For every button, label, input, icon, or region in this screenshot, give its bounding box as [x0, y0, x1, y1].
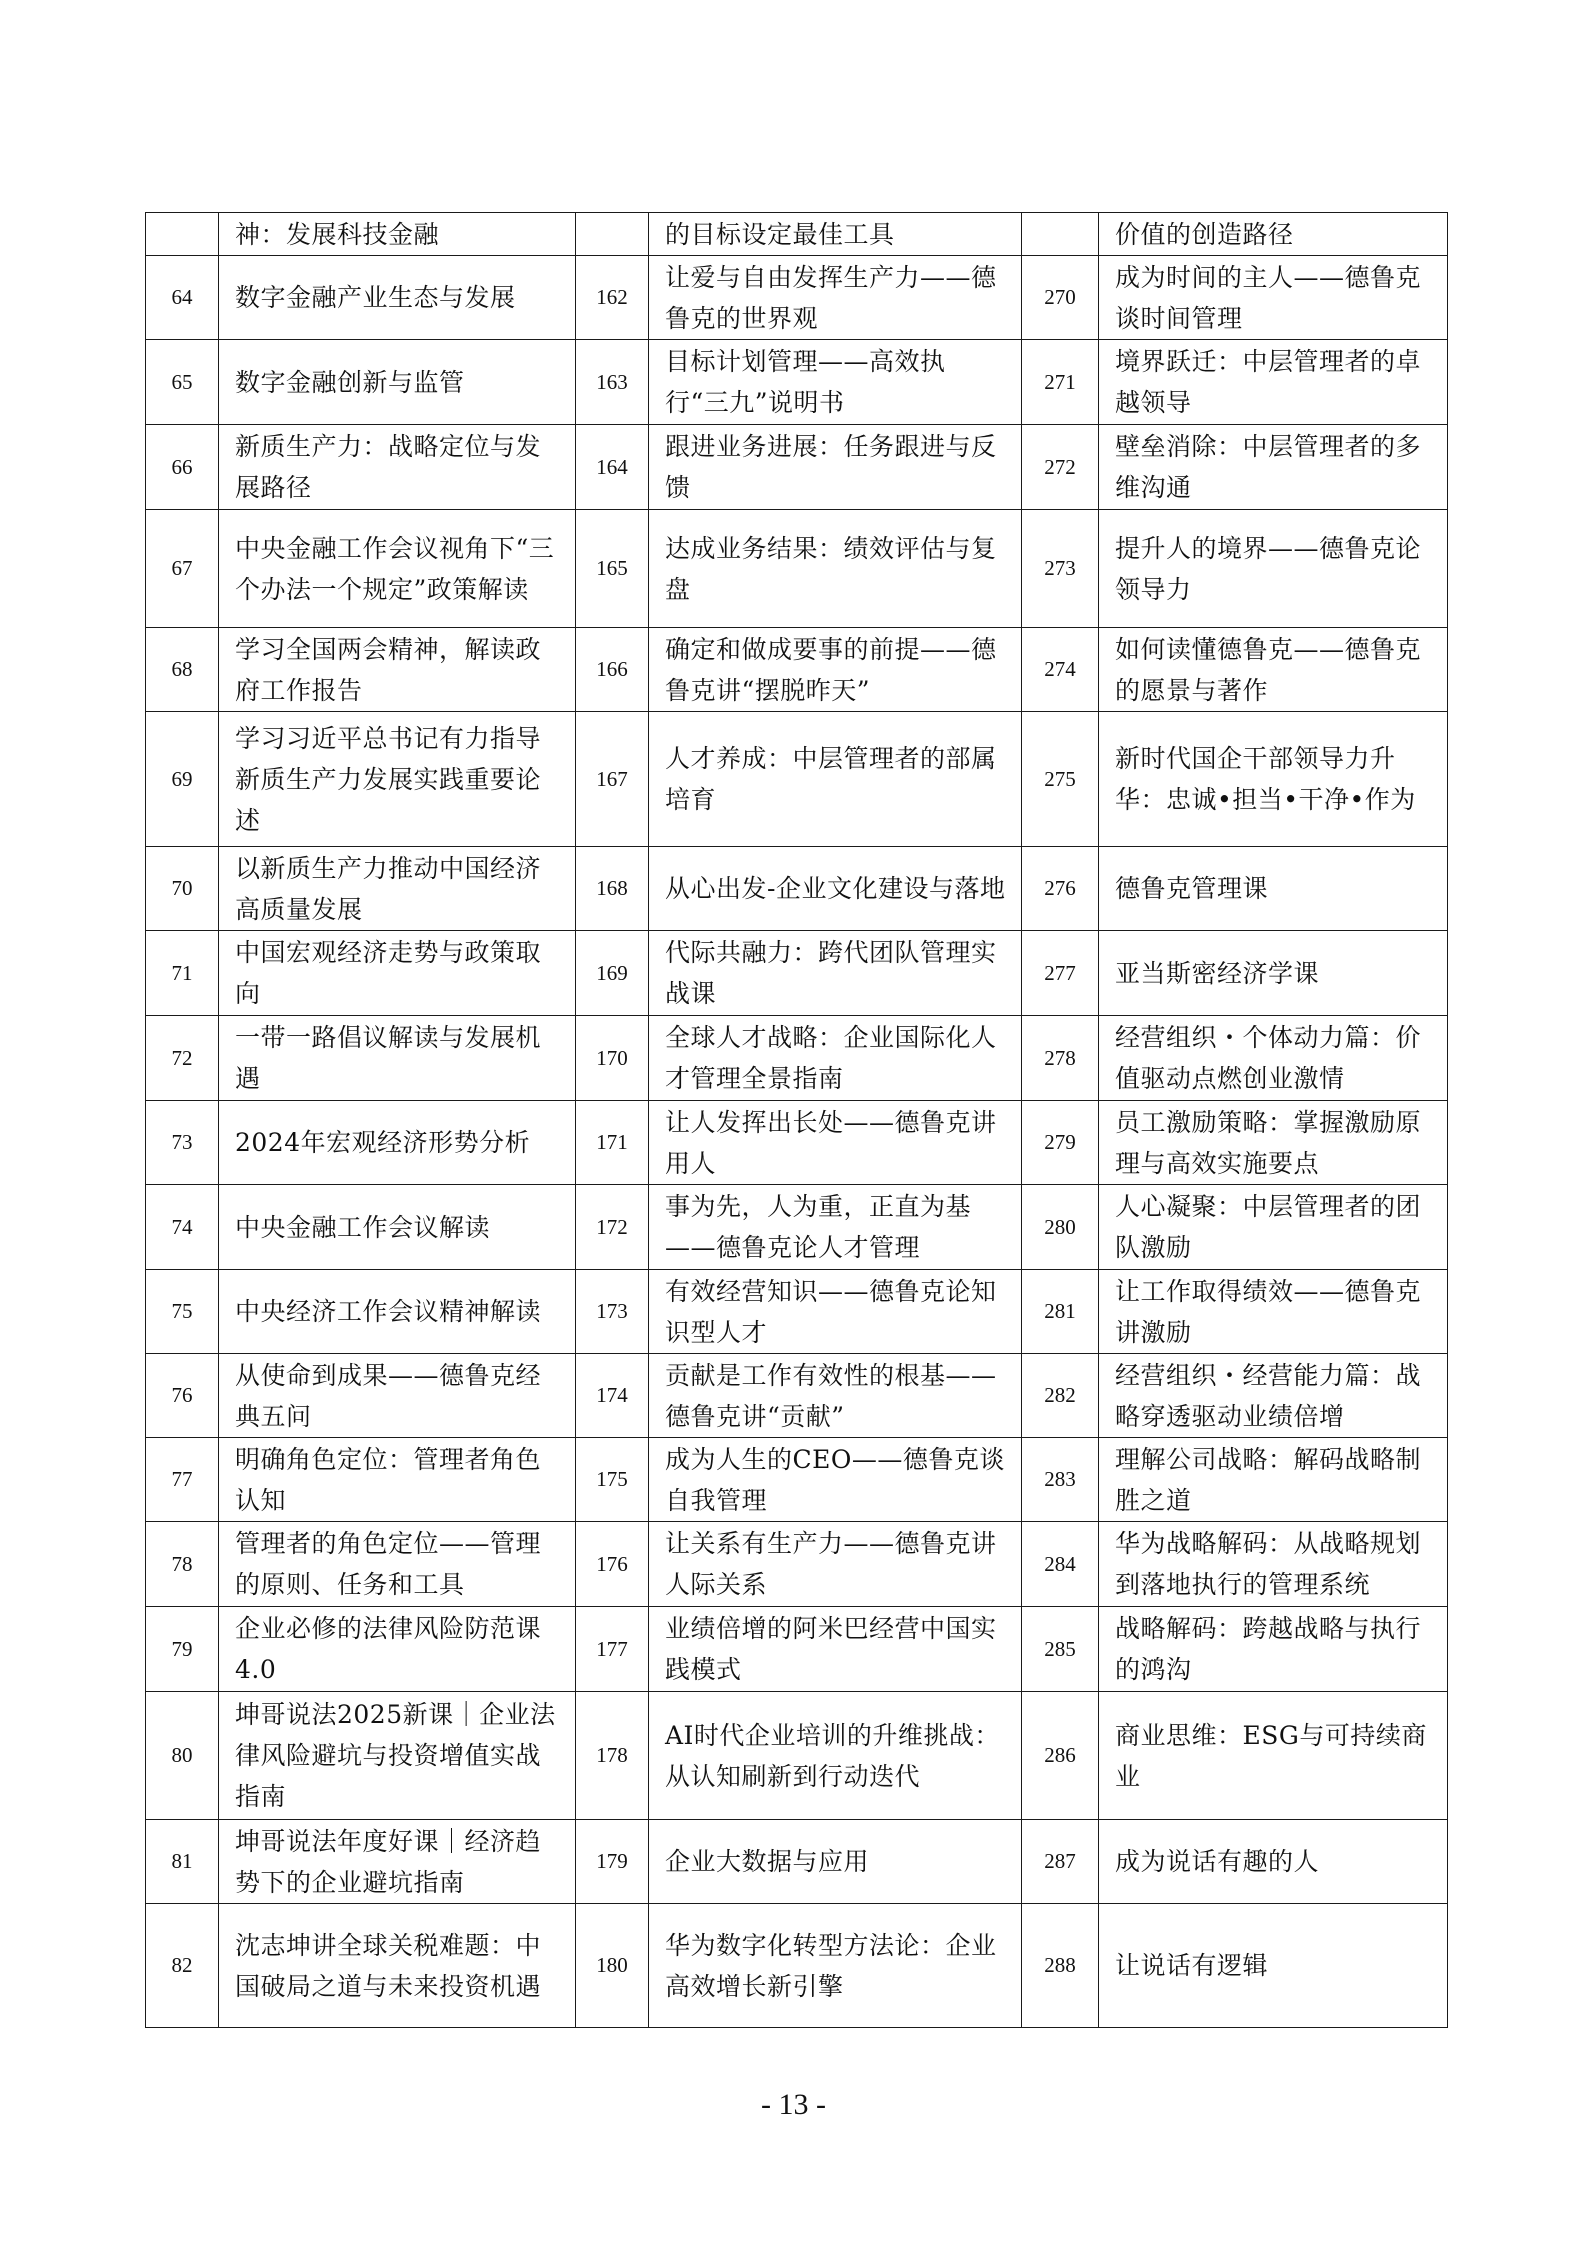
course-title-cell: 目标计划管理——高效执行“三九”说明书 — [649, 340, 1022, 425]
course-number-cell: 70 — [146, 847, 219, 931]
course-title-cell: 数字金融产业生态与发展 — [219, 256, 576, 340]
page-number: - 13 - — [0, 2088, 1587, 2122]
course-title-cell: 人心凝聚：中层管理者的团队激励 — [1099, 1185, 1448, 1270]
course-title-cell: 让爱与自由发挥生产力——德鲁克的世界观 — [649, 256, 1022, 340]
course-number-cell: 171 — [576, 1101, 649, 1185]
course-title-cell: 境界跃迁：中层管理者的卓越领导 — [1099, 340, 1448, 425]
course-number-cell: 178 — [576, 1692, 649, 1820]
course-number-cell: 285 — [1022, 1607, 1099, 1692]
course-title-cell: 人才养成：中层管理者的部属培育 — [649, 712, 1022, 847]
course-title-cell: 让说话有逻辑 — [1099, 1904, 1448, 2028]
course-title-cell: AI时代企业培训的升维挑战：从认知刷新到行动迭代 — [649, 1692, 1022, 1820]
course-title-cell: 的目标设定最佳工具 — [649, 213, 1022, 256]
course-title-cell: 让人发挥出长处——德鲁克讲用人 — [649, 1101, 1022, 1185]
course-title-cell: 学习全国两会精神，解读政府工作报告 — [219, 628, 576, 712]
course-title-cell: 一带一路倡议解读与发展机遇 — [219, 1016, 576, 1101]
course-title-cell: 代际共融力：跨代团队管理实战课 — [649, 931, 1022, 1016]
course-number-cell: 74 — [146, 1185, 219, 1270]
course-number-cell: 167 — [576, 712, 649, 847]
course-number-cell: 173 — [576, 1270, 649, 1354]
course-number-cell: 270 — [1022, 256, 1099, 340]
course-number-cell: 75 — [146, 1270, 219, 1354]
course-title-cell: 经营组织・经营能力篇：战略穿透驱动业绩倍增 — [1099, 1354, 1448, 1438]
course-number-cell: 272 — [1022, 425, 1099, 510]
course-title-cell: 新时代国企干部领导力升华：忠诚•担当•干净•作为 — [1099, 712, 1448, 847]
table-row: 69学习习近平总书记有力指导新质生产力发展实践重要论述167人才养成：中层管理者… — [146, 712, 1448, 847]
course-number-cell — [146, 213, 219, 256]
course-number-cell: 282 — [1022, 1354, 1099, 1438]
course-title-cell: 神：发展科技金融 — [219, 213, 576, 256]
course-title-cell: 业绩倍增的阿米巴经营中国实践模式 — [649, 1607, 1022, 1692]
course-title-cell: 如何读懂德鲁克——德鲁克的愿景与著作 — [1099, 628, 1448, 712]
course-title-cell: 提升人的境界——德鲁克论领导力 — [1099, 510, 1448, 628]
course-number-cell: 177 — [576, 1607, 649, 1692]
course-number-cell: 172 — [576, 1185, 649, 1270]
course-title-cell: 商业思维：ESG与可持续商业 — [1099, 1692, 1448, 1820]
table-row: 77明确角色定位：管理者角色认知175成为人生的CEO——德鲁克谈自我管理283… — [146, 1438, 1448, 1522]
course-list-table: 神：发展科技金融的目标设定最佳工具价值的创造路径64数字金融产业生态与发展162… — [145, 212, 1448, 2028]
course-number-cell: 71 — [146, 931, 219, 1016]
table-row: 68学习全国两会精神，解读政府工作报告166确定和做成要事的前提——德鲁克讲“摆… — [146, 628, 1448, 712]
course-number-cell: 180 — [576, 1904, 649, 2028]
table-row: 79企业必修的法律风险防范课4.0177业绩倍增的阿米巴经营中国实践模式285战… — [146, 1607, 1448, 1692]
course-number-cell: 82 — [146, 1904, 219, 2028]
course-title-cell: 成为人生的CEO——德鲁克谈自我管理 — [649, 1438, 1022, 1522]
table-row: 神：发展科技金融的目标设定最佳工具价值的创造路径 — [146, 213, 1448, 256]
course-title-cell: 从使命到成果——德鲁克经典五问 — [219, 1354, 576, 1438]
course-title-cell: 华为数字化转型方法论：企业高效增长新引擎 — [649, 1904, 1022, 2028]
course-title-cell: 坤哥说法年度好课｜经济趋势下的企业避坑指南 — [219, 1820, 576, 1904]
table-row: 75中央经济工作会议精神解读173有效经营知识——德鲁克论知识型人才281让工作… — [146, 1270, 1448, 1354]
course-title-cell: 理解公司战略：解码战略制胜之道 — [1099, 1438, 1448, 1522]
course-number-cell: 179 — [576, 1820, 649, 1904]
course-number-cell: 81 — [146, 1820, 219, 1904]
course-number-cell: 66 — [146, 425, 219, 510]
course-number-cell: 78 — [146, 1522, 219, 1607]
course-title-cell: 新质生产力：战略定位与发展路径 — [219, 425, 576, 510]
table-body: 神：发展科技金融的目标设定最佳工具价值的创造路径64数字金融产业生态与发展162… — [146, 213, 1448, 2028]
course-number-cell: 80 — [146, 1692, 219, 1820]
course-number-cell: 284 — [1022, 1522, 1099, 1607]
table-row: 65数字金融创新与监管163目标计划管理——高效执行“三九”说明书271境界跃迁… — [146, 340, 1448, 425]
course-title-cell: 德鲁克管理课 — [1099, 847, 1448, 931]
course-number-cell: 280 — [1022, 1185, 1099, 1270]
course-number-cell: 165 — [576, 510, 649, 628]
course-title-cell: 数字金融创新与监管 — [219, 340, 576, 425]
table-row: 81坤哥说法年度好课｜经济趋势下的企业避坑指南179企业大数据与应用287成为说… — [146, 1820, 1448, 1904]
course-title-cell: 达成业务结果：绩效评估与复盘 — [649, 510, 1022, 628]
course-title-cell: 确定和做成要事的前提——德鲁克讲“摆脱昨天” — [649, 628, 1022, 712]
course-title-cell: 员工激励策略：掌握激励原理与高效实施要点 — [1099, 1101, 1448, 1185]
course-title-cell: 中央金融工作会议视角下“三个办法一个规定”政策解读 — [219, 510, 576, 628]
course-number-cell: 279 — [1022, 1101, 1099, 1185]
course-title-cell: 企业大数据与应用 — [649, 1820, 1022, 1904]
course-number-cell: 276 — [1022, 847, 1099, 931]
table-row: 66新质生产力：战略定位与发展路径164跟进业务进展：任务跟进与反馈272壁垒消… — [146, 425, 1448, 510]
course-title-cell: 从心出发-企业文化建设与落地 — [649, 847, 1022, 931]
course-number-cell: 271 — [1022, 340, 1099, 425]
course-number-cell: 79 — [146, 1607, 219, 1692]
course-title-cell: 成为说话有趣的人 — [1099, 1820, 1448, 1904]
course-title-cell: 成为时间的主人——德鲁克谈时间管理 — [1099, 256, 1448, 340]
course-title-cell: 壁垒消除：中层管理者的多维沟通 — [1099, 425, 1448, 510]
course-title-cell: 企业必修的法律风险防范课4.0 — [219, 1607, 576, 1692]
course-number-cell: 283 — [1022, 1438, 1099, 1522]
course-number-cell: 168 — [576, 847, 649, 931]
course-number-cell: 162 — [576, 256, 649, 340]
course-title-cell: 明确角色定位：管理者角色认知 — [219, 1438, 576, 1522]
course-title-cell: 价值的创造路径 — [1099, 213, 1448, 256]
course-number-cell: 73 — [146, 1101, 219, 1185]
course-title-cell: 有效经营知识——德鲁克论知识型人才 — [649, 1270, 1022, 1354]
course-title-cell: 华为战略解码：从战略规划到落地执行的管理系统 — [1099, 1522, 1448, 1607]
table-row: 78管理者的角色定位——管理的原则、任务和工具176让关系有生产力——德鲁克讲人… — [146, 1522, 1448, 1607]
table-row: 82沈志坤讲全球关税难题：中国破局之道与未来投资机遇180华为数字化转型方法论：… — [146, 1904, 1448, 2028]
course-number-cell: 166 — [576, 628, 649, 712]
course-title-cell: 沈志坤讲全球关税难题：中国破局之道与未来投资机遇 — [219, 1904, 576, 2028]
course-number-cell: 174 — [576, 1354, 649, 1438]
course-title-cell: 跟进业务进展：任务跟进与反馈 — [649, 425, 1022, 510]
table-row: 67中央金融工作会议视角下“三个办法一个规定”政策解读165达成业务结果：绩效评… — [146, 510, 1448, 628]
course-number-cell — [576, 213, 649, 256]
course-title-cell: 学习习近平总书记有力指导新质生产力发展实践重要论述 — [219, 712, 576, 847]
course-number-cell: 277 — [1022, 931, 1099, 1016]
course-title-cell: 中央经济工作会议精神解读 — [219, 1270, 576, 1354]
course-number-cell: 68 — [146, 628, 219, 712]
course-number-cell — [1022, 213, 1099, 256]
course-title-cell: 经营组织・个体动力篇：价值驱动点燃创业激情 — [1099, 1016, 1448, 1101]
course-title-cell: 战略解码：跨越战略与执行的鸿沟 — [1099, 1607, 1448, 1692]
table-row: 71中国宏观经济走势与政策取向169代际共融力：跨代团队管理实战课277亚当斯密… — [146, 931, 1448, 1016]
table-row: 74中央金融工作会议解读172事为先，人为重，正直为基——德鲁克论人才管理280… — [146, 1185, 1448, 1270]
course-title-cell: 事为先，人为重，正直为基——德鲁克论人才管理 — [649, 1185, 1022, 1270]
course-number-cell: 76 — [146, 1354, 219, 1438]
table-row: 80坤哥说法2025新课｜企业法律风险避坑与投资增值实战指南178AI时代企业培… — [146, 1692, 1448, 1820]
course-number-cell: 278 — [1022, 1016, 1099, 1101]
course-number-cell: 170 — [576, 1016, 649, 1101]
course-number-cell: 67 — [146, 510, 219, 628]
course-number-cell: 164 — [576, 425, 649, 510]
table-row: 76从使命到成果——德鲁克经典五问174贡献是工作有效性的根基——德鲁克讲“贡献… — [146, 1354, 1448, 1438]
course-number-cell: 72 — [146, 1016, 219, 1101]
course-number-cell: 163 — [576, 340, 649, 425]
course-title-cell: 让工作取得绩效——德鲁克讲激励 — [1099, 1270, 1448, 1354]
course-title-cell: 全球人才战略：企业国际化人才管理全景指南 — [649, 1016, 1022, 1101]
course-title-cell: 亚当斯密经济学课 — [1099, 931, 1448, 1016]
course-number-cell: 281 — [1022, 1270, 1099, 1354]
course-title-cell: 让关系有生产力——德鲁克讲人际关系 — [649, 1522, 1022, 1607]
course-number-cell: 275 — [1022, 712, 1099, 847]
course-number-cell: 176 — [576, 1522, 649, 1607]
course-number-cell: 77 — [146, 1438, 219, 1522]
course-title-cell: 中央金融工作会议解读 — [219, 1185, 576, 1270]
table-row: 70以新质生产力推动中国经济高质量发展168从心出发-企业文化建设与落地276德… — [146, 847, 1448, 931]
course-title-cell: 中国宏观经济走势与政策取向 — [219, 931, 576, 1016]
course-number-cell: 69 — [146, 712, 219, 847]
course-number-cell: 274 — [1022, 628, 1099, 712]
course-title-cell: 管理者的角色定位——管理的原则、任务和工具 — [219, 1522, 576, 1607]
course-title-cell: 贡献是工作有效性的根基——德鲁克讲“贡献” — [649, 1354, 1022, 1438]
course-number-cell: 273 — [1022, 510, 1099, 628]
course-number-cell: 65 — [146, 340, 219, 425]
course-title-cell: 以新质生产力推动中国经济高质量发展 — [219, 847, 576, 931]
course-number-cell: 64 — [146, 256, 219, 340]
course-number-cell: 286 — [1022, 1692, 1099, 1820]
course-number-cell: 175 — [576, 1438, 649, 1522]
course-number-cell: 287 — [1022, 1820, 1099, 1904]
course-number-cell: 288 — [1022, 1904, 1099, 2028]
course-title-cell: 2024年宏观经济形势分析 — [219, 1101, 576, 1185]
table-row: 64数字金融产业生态与发展162让爱与自由发挥生产力——德鲁克的世界观270成为… — [146, 256, 1448, 340]
table-row: 732024年宏观经济形势分析171让人发挥出长处——德鲁克讲用人279员工激励… — [146, 1101, 1448, 1185]
table-row: 72一带一路倡议解读与发展机遇170全球人才战略：企业国际化人才管理全景指南27… — [146, 1016, 1448, 1101]
course-number-cell: 169 — [576, 931, 649, 1016]
course-title-cell: 坤哥说法2025新课｜企业法律风险避坑与投资增值实战指南 — [219, 1692, 576, 1820]
